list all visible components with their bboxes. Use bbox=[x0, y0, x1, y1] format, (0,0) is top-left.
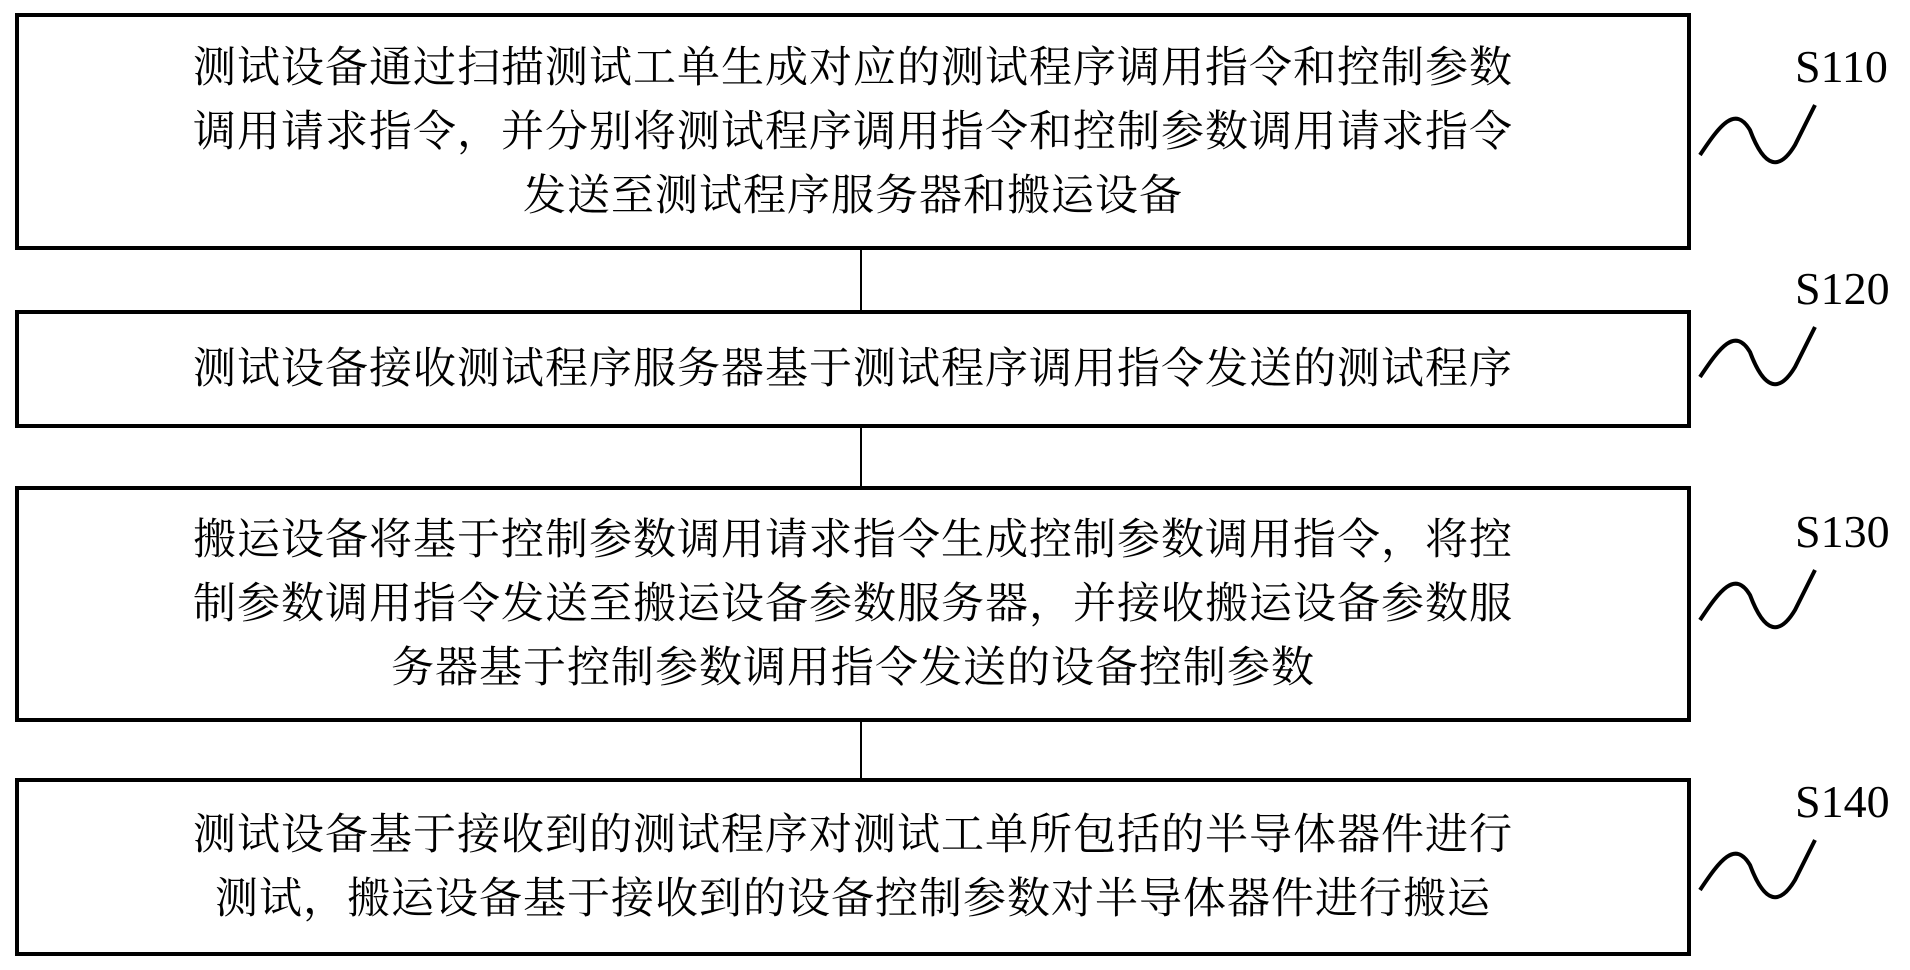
connector-line bbox=[860, 722, 862, 778]
step-box-s140: 测试设备基于接收到的测试程序对测试工单所包括的半导体器件进行 测试，搬运设备基于… bbox=[15, 778, 1691, 956]
text-line: 制参数调用指令发送至搬运设备参数服务器，并接收搬运设备参数服 bbox=[193, 572, 1513, 636]
leader-squiggle-icon bbox=[1700, 322, 1830, 402]
leader-squiggle-icon bbox=[1700, 565, 1830, 645]
step-label-s110: S110 bbox=[1795, 40, 1888, 93]
leader-squiggle-icon bbox=[1700, 100, 1830, 180]
step-box-s110: 测试设备通过扫描测试工单生成对应的测试程序调用指令和控制参数 调用请求指令，并分… bbox=[15, 13, 1691, 250]
step-text-s130: 搬运设备将基于控制参数调用请求指令生成控制参数调用指令，将控 制参数调用指令发送… bbox=[173, 508, 1533, 700]
step-text-s120: 测试设备接收测试程序服务器基于测试程序调用指令发送的测试程序 bbox=[173, 337, 1533, 401]
text-line: 测试设备接收测试程序服务器基于测试程序调用指令发送的测试程序 bbox=[193, 337, 1513, 401]
text-line: 务器基于控制参数调用指令发送的设备控制参数 bbox=[193, 636, 1513, 700]
step-label-s120: S120 bbox=[1795, 262, 1890, 315]
text-line: 发送至测试程序服务器和搬运设备 bbox=[193, 164, 1513, 228]
step-label-s130: S130 bbox=[1795, 505, 1890, 558]
step-text-s140: 测试设备基于接收到的测试程序对测试工单所包括的半导体器件进行 测试，搬运设备基于… bbox=[173, 803, 1533, 931]
step-label-s140: S140 bbox=[1795, 775, 1890, 828]
step-box-s130: 搬运设备将基于控制参数调用请求指令生成控制参数调用指令，将控 制参数调用指令发送… bbox=[15, 486, 1691, 722]
text-line: 测试设备通过扫描测试工单生成对应的测试程序调用指令和控制参数 bbox=[193, 36, 1513, 100]
text-line: 调用请求指令，并分别将测试程序调用指令和控制参数调用请求指令 bbox=[193, 100, 1513, 164]
leader-squiggle-icon bbox=[1700, 835, 1830, 915]
connector-line bbox=[860, 250, 862, 310]
text-line: 搬运设备将基于控制参数调用请求指令生成控制参数调用指令，将控 bbox=[193, 508, 1513, 572]
connector-line bbox=[860, 428, 862, 486]
text-line: 测试，搬运设备基于接收到的设备控制参数对半导体器件进行搬运 bbox=[193, 867, 1513, 931]
step-text-s110: 测试设备通过扫描测试工单生成对应的测试程序调用指令和控制参数 调用请求指令，并分… bbox=[173, 36, 1533, 228]
text-line: 测试设备基于接收到的测试程序对测试工单所包括的半导体器件进行 bbox=[193, 803, 1513, 867]
step-box-s120: 测试设备接收测试程序服务器基于测试程序调用指令发送的测试程序 bbox=[15, 310, 1691, 428]
